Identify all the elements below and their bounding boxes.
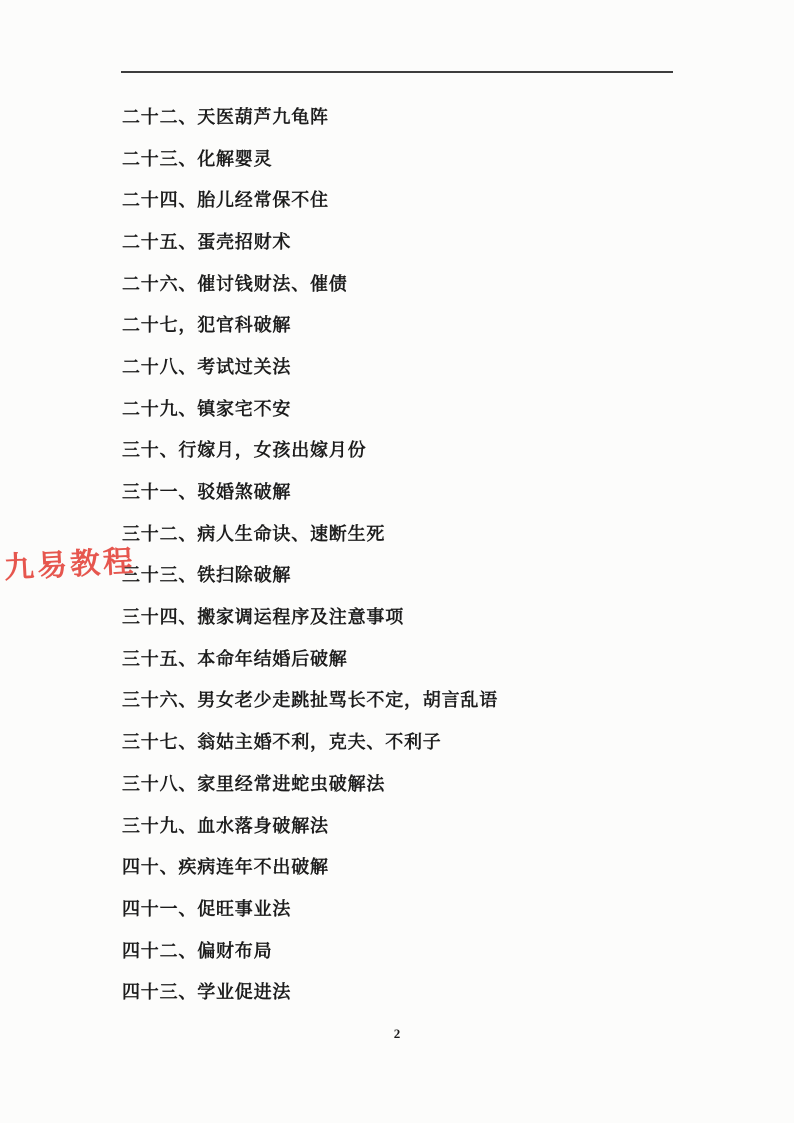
header-rule [121, 71, 673, 73]
document-page: 二十二、天医葫芦九龟阵 二十三、化解婴灵 二十四、胎儿经常保不住 二十五、蛋壳招… [0, 0, 794, 1123]
page-number: 2 [0, 1026, 794, 1042]
toc-item: 三十二、病人生命诀、速断生死 [122, 512, 682, 554]
toc-item: 二十八、考试过关法 [122, 345, 682, 387]
toc-item: 二十三、化解婴灵 [122, 137, 682, 179]
toc-item: 三十一、驳婚煞破解 [122, 470, 682, 512]
toc-item: 二十五、蛋壳招财术 [122, 220, 682, 262]
toc-item: 二十四、胎儿经常保不住 [122, 178, 682, 220]
toc-item: 三十五、本命年结婚后破解 [122, 637, 682, 679]
toc-item: 三十、行嫁月，女孩出嫁月份 [122, 429, 682, 471]
toc-item: 三十九、血水落身破解法 [122, 804, 682, 846]
toc-item: 二十六、催讨钱财法、催债 [122, 262, 682, 304]
toc-item: 三十六、男女老少走跳扯骂长不定，胡言乱语 [122, 679, 682, 721]
toc-item: 四十三、学业促进法 [122, 970, 682, 1012]
toc-item: 三十七、翁姑主婚不利，克夫、不利子 [122, 720, 682, 762]
toc-item: 四十二、偏财布局 [122, 929, 682, 971]
toc-list: 二十二、天医葫芦九龟阵 二十三、化解婴灵 二十四、胎儿经常保不住 二十五、蛋壳招… [122, 95, 682, 1012]
toc-item: 三十四、搬家调运程序及注意事项 [122, 595, 682, 637]
toc-item: 三十八、家里经常进蛇虫破解法 [122, 762, 682, 804]
toc-item: 四十一、促旺事业法 [122, 887, 682, 929]
toc-item: 四十、疾病连年不出破解 [122, 845, 682, 887]
watermark: 九易教程 [3, 536, 137, 587]
toc-item: 二十七，犯官科破解 [122, 303, 682, 345]
toc-item: 二十九、镇家宅不安 [122, 387, 682, 429]
toc-item: 三十三、铁扫除破解 [122, 554, 682, 596]
toc-item: 二十二、天医葫芦九龟阵 [122, 95, 682, 137]
